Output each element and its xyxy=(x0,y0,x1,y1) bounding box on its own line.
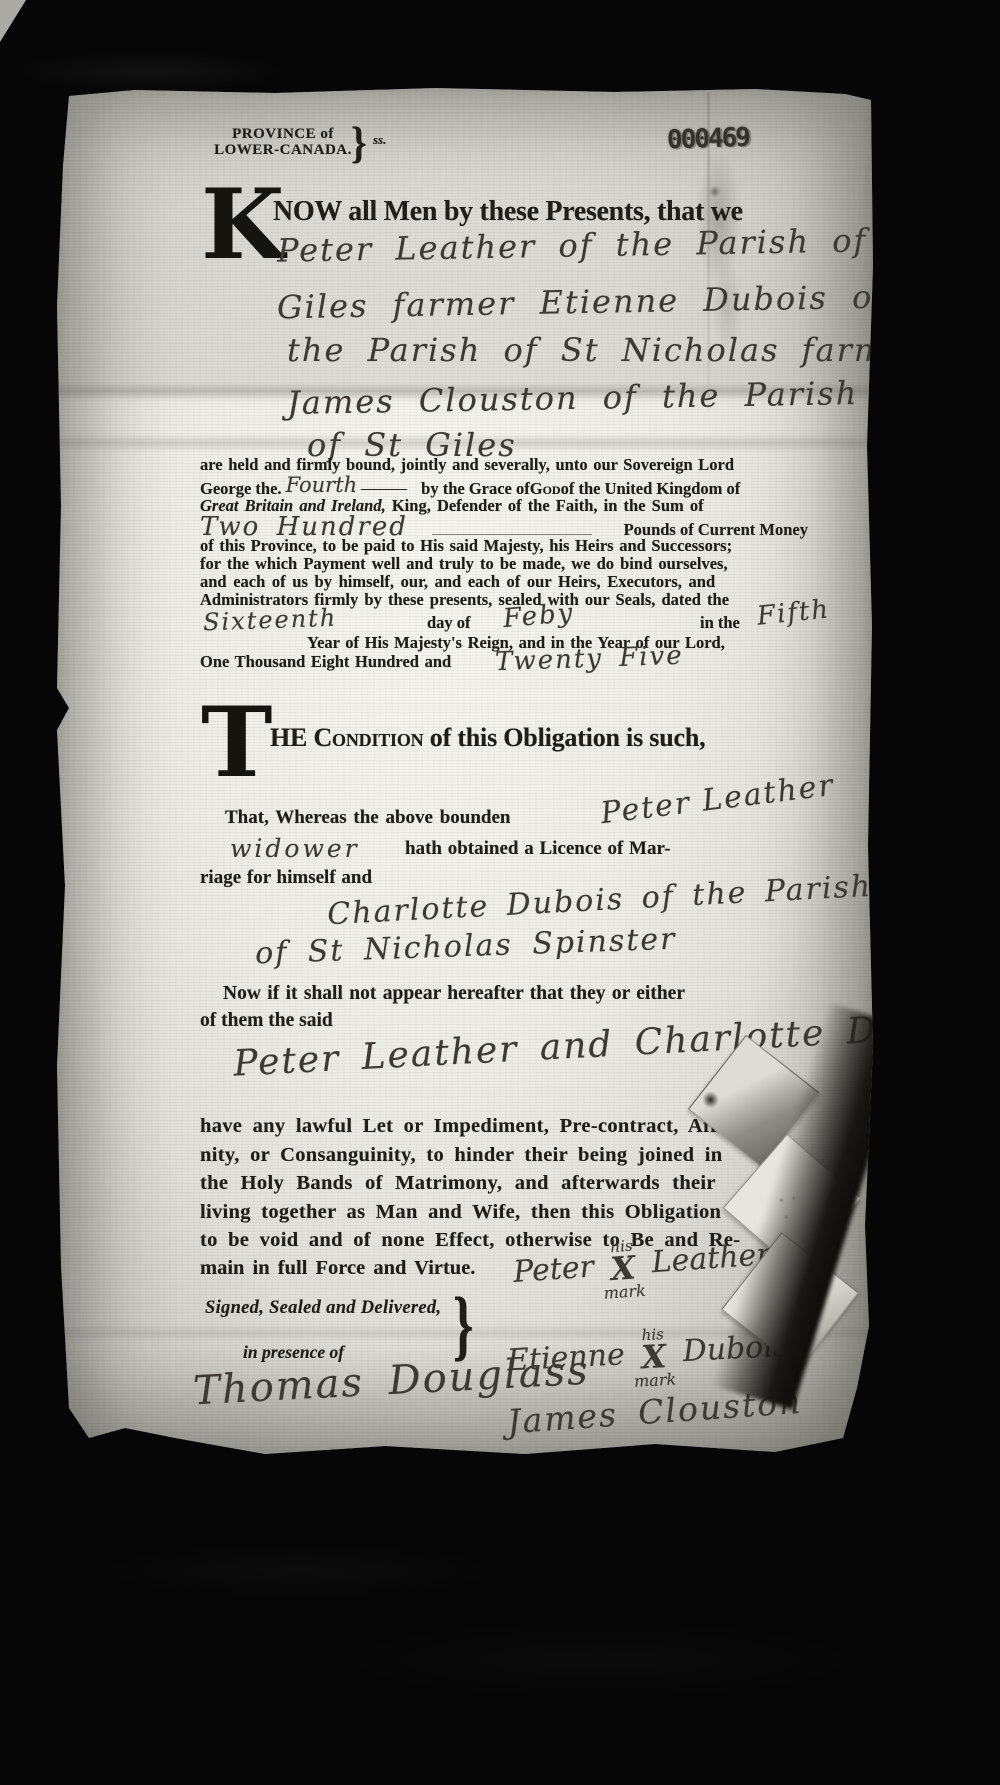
his-mark-stack: his X mark xyxy=(600,1238,646,1301)
obligation-inthe-label: in the xyxy=(700,613,740,633)
document-page: PROVINCE of LOWER-CANADA. } ss. 000469 K… xyxy=(55,86,873,1460)
mark-label: mark xyxy=(603,1282,646,1300)
condition-body-line: living together as Man and Wife, then th… xyxy=(200,1198,740,1227)
obligation-line: of this Province, to be paid to His said… xyxy=(200,536,732,556)
province-title: PROVINCE of LOWER-CANADA. xyxy=(203,126,363,158)
condition-heading-post: of this Obligation is such, xyxy=(423,723,705,752)
witness-label-1: Signed, Sealed and Delivered, xyxy=(205,1298,441,1319)
province-line2: LOWER-CANADA. xyxy=(203,142,363,158)
condition-body-line: the Holy Bands of Matrimony, and afterwa… xyxy=(200,1169,740,1198)
condition-now-line: Now if it shall not appear hereafter tha… xyxy=(223,983,685,1005)
handwritten-party-line: the Parish of St Nicholas farmer xyxy=(287,331,924,369)
condition-heading-smallcaps: Condition xyxy=(313,723,423,752)
handwritten-bride-line: Charlotte Dubois of the Parish xyxy=(326,869,873,933)
handwritten-groom-name: Peter Leather xyxy=(599,768,837,831)
opening-line: NOW all Men by these Presents, that we xyxy=(273,196,743,228)
handwritten-status: widower xyxy=(230,834,360,863)
witness-label-2: in presence of xyxy=(243,1342,344,1363)
blank-rule xyxy=(361,489,407,490)
his-mark-stack: his X mark xyxy=(631,1327,676,1389)
condition-body-line: have any lawful Let or Impediment, Pre-c… xyxy=(200,1112,740,1141)
handwritten-party-line: James Clouston of the Parish xyxy=(287,374,859,422)
x-mark: X xyxy=(641,1341,667,1373)
handwritten-party-line: Giles farmer Etienne Dubois of xyxy=(277,278,888,327)
obligation-line: and each of us by himself, our, and each… xyxy=(200,572,715,592)
obligation-line: for the which Payment well and truly to … xyxy=(200,554,728,574)
header-brace: } xyxy=(351,117,367,169)
mark-label: mark xyxy=(634,1371,677,1388)
handwritten-day: Sixteenth xyxy=(203,604,338,637)
signature-groom-first: Peter xyxy=(512,1250,595,1291)
handwritten-month: Feby xyxy=(502,598,576,634)
condition-heading: HE Condition of this Obligation is such, xyxy=(270,723,705,753)
province-line1: PROVINCE of xyxy=(203,126,363,142)
ss-abbreviation: ss. xyxy=(373,132,386,148)
condition-whereas-line: That, Whereas the above bounden xyxy=(225,807,511,829)
obligation-day-label: day of xyxy=(427,613,471,633)
condition-body-line: nity, or Consanguinity, to hinder their … xyxy=(200,1141,740,1170)
condition-dropcap: T xyxy=(201,706,272,781)
obligation-line: One Thousand Eight Hundred and xyxy=(200,652,451,672)
condition-licence-line: hath obtained a Licence of Mar- xyxy=(405,838,671,860)
condition-now-line2: of them the said xyxy=(200,1010,333,1032)
condition-body-last-line: main in full Force and Virtue. xyxy=(200,1257,475,1280)
handwritten-regnal-name: Fourth xyxy=(286,473,358,497)
condition-licence-line2: riage for himself and xyxy=(200,867,372,889)
handwritten-bride-line: of St Nicholas Spinster xyxy=(255,922,677,972)
flourish-rule xyxy=(432,534,592,535)
handwritten-regnal-year: Fifth xyxy=(756,594,832,631)
condition-heading-pre: HE xyxy=(270,723,313,752)
opening-dropcap: K xyxy=(201,188,284,263)
x-mark: X xyxy=(610,1253,637,1285)
obligation-line: are held and firmly bound, jointly and s… xyxy=(200,455,734,475)
serial-number-stamp: 000469 xyxy=(667,123,750,156)
handwritten-year: Twenty Five xyxy=(495,641,685,678)
